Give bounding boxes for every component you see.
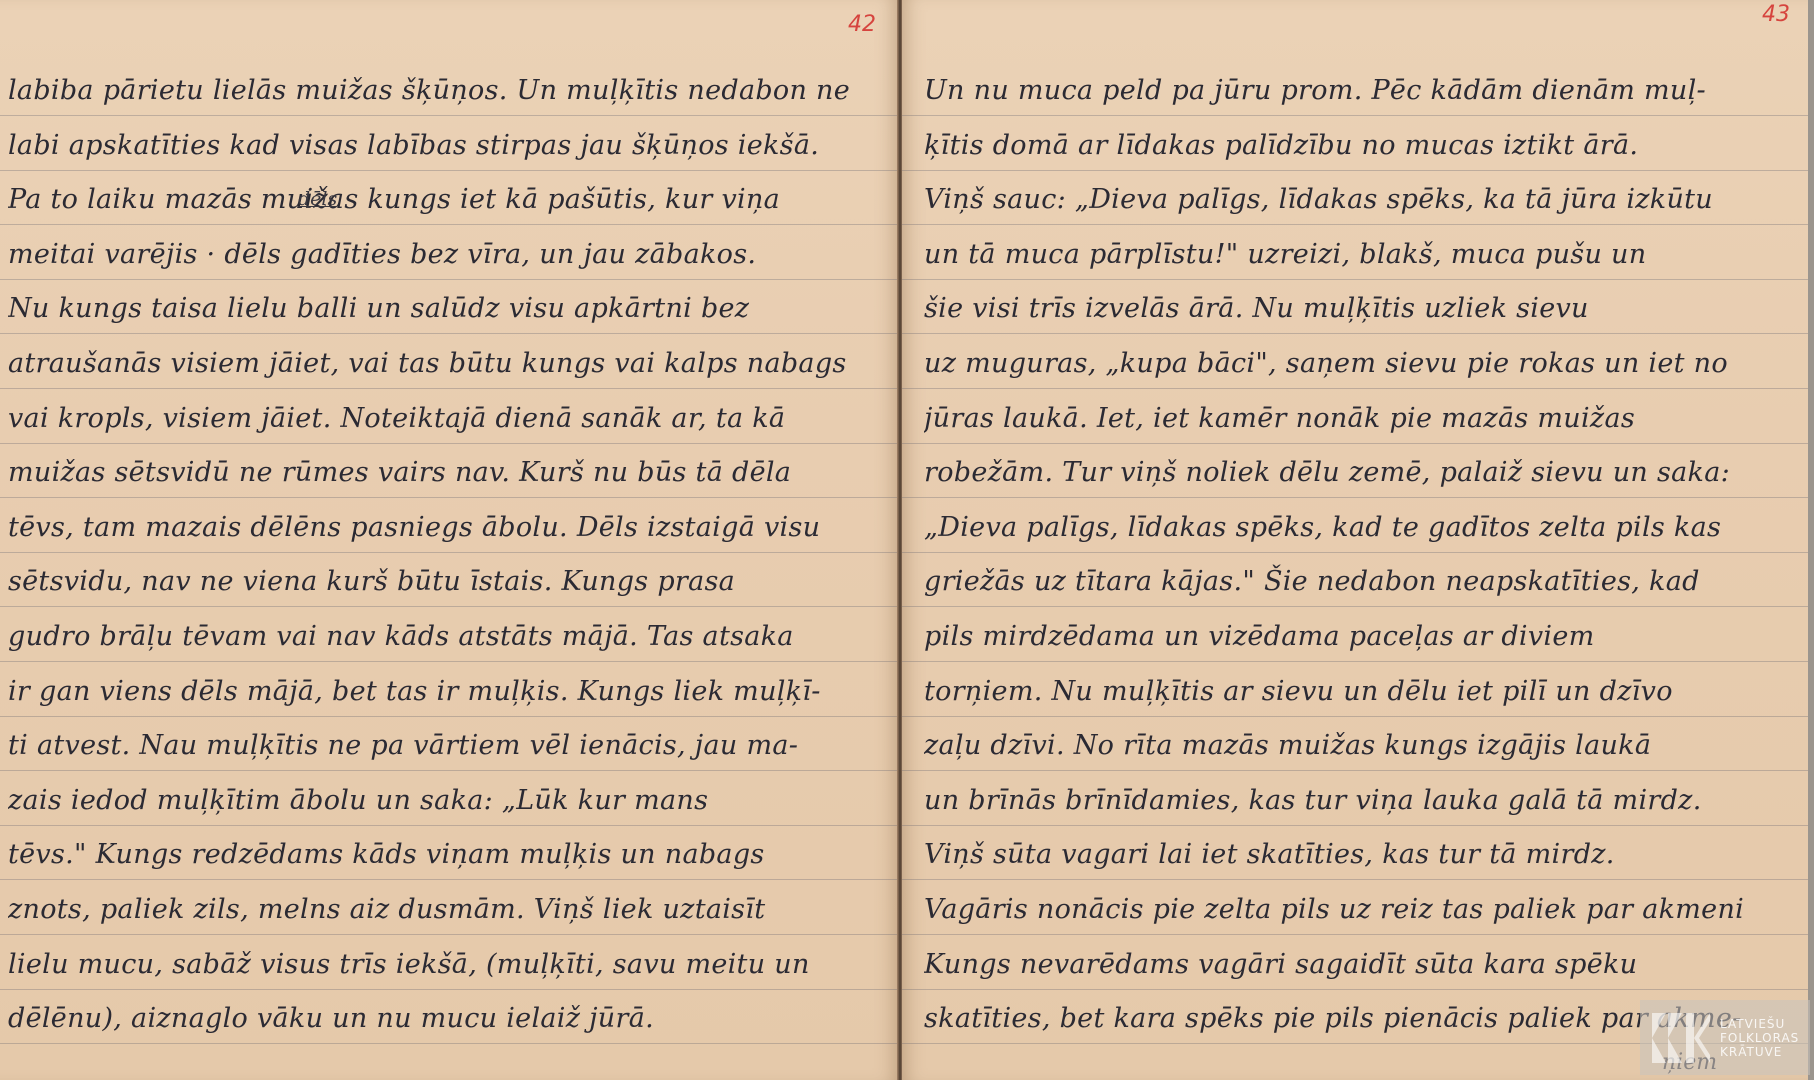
- handwritten-line: Vagāris nonācis pie zelta pils uz reiz t…: [924, 882, 1798, 937]
- handwritten-line: robežām. Tur viņš noliek dēlu zemē, pala…: [924, 445, 1798, 500]
- handwritten-line: un tā muca pārplīstu!" uzreizi, blakš, m…: [924, 227, 1798, 282]
- handwritten-line: uz muguras, „kupa bāci", saņem sievu pie…: [924, 336, 1798, 391]
- left-page: 42 labiba pārietu lielās muižas šķūņos. …: [0, 0, 898, 1080]
- handwritten-line: muižas sētsvidū ne rūmes vairs nav. Kurš…: [8, 445, 888, 500]
- handwritten-line: atraušanās visiem jāiet, vai tas būtu ku…: [8, 336, 888, 391]
- watermark-line: LATVIEŠU: [1720, 1017, 1799, 1031]
- handwritten-line: torņiem. Nu muļķītis ar sievu un dēlu ie…: [924, 664, 1798, 719]
- handwritten-line: Viņš sūta vagari lai iet skatīties, kas …: [924, 827, 1798, 882]
- handwritten-line: labiba pārietu lielās muižas šķūņos. Un …: [8, 63, 888, 118]
- handwritten-line: dēlēnu), aiznaglo vāku un nu mucu ielaiž…: [8, 991, 888, 1046]
- page-number-right: 43: [1762, 2, 1790, 27]
- handwritten-line: Kungs nevarēdams vagāri sagaidīt sūta ka…: [924, 937, 1798, 992]
- page-number-left: 42: [848, 12, 876, 37]
- handwritten-line: Nu kungs taisa lielu balli un salūdz vis…: [8, 281, 888, 336]
- handwritten-line: tēvs, tam mazais dēlēns pasniegs ābolu. …: [8, 500, 888, 555]
- handwritten-line: ti atvest. Nau muļķītis ne pa vārtiem vē…: [8, 718, 888, 773]
- watermark-text: LATVIEŠU FOLKLORAS KRĀTUVE: [1720, 1017, 1799, 1059]
- archive-watermark: LATVIEŠU FOLKLORAS KRĀTUVE: [1640, 1000, 1810, 1075]
- lfk-logo-icon: [1644, 1003, 1714, 1073]
- handwritten-line: gudro brāļu tēvam vai nav kāds atstāts m…: [8, 609, 888, 664]
- handwritten-line: vai kropls, visiem jāiet. Noteiktajā die…: [8, 391, 888, 446]
- handwritten-line: tēvs." Kungs redzēdams kāds viņam muļķis…: [8, 827, 888, 882]
- handwritten-line: Un nu muca peld pa jūru prom. Pēc kādām …: [924, 63, 1798, 118]
- handwritten-line: labi apskatīties kad visas labības stirp…: [8, 118, 888, 173]
- handwritten-line: Viņš sauc: „Dieva palīgs, līdakas spēks,…: [924, 172, 1798, 227]
- insertion-above: dēls: [298, 188, 337, 210]
- handwritten-line: Pa to laiku mazās muižas kungs iet kā pa…: [8, 172, 888, 227]
- handwritten-line: zais iedod muļķītim ābolu un saka: „Lūk …: [8, 773, 888, 828]
- page-edge: [1808, 0, 1814, 1080]
- handwritten-line: lielu mucu, sabāž visus trīs iekšā, (muļ…: [8, 937, 888, 992]
- watermark-line: FOLKLORAS: [1720, 1031, 1799, 1045]
- handwritten-line: jūras laukā. Iet, iet kamēr nonāk pie ma…: [924, 391, 1798, 446]
- handwritten-line: šie visi trīs izvelās ārā. Nu muļķītis u…: [924, 281, 1798, 336]
- handwritten-line: un brīnās brīnīdamies, kas tur viņa lauk…: [924, 773, 1798, 828]
- handwritten-line: sētsvidu, nav ne viena kurš būtu īstais.…: [8, 554, 888, 609]
- watermark-line: KRĀTUVE: [1720, 1045, 1799, 1059]
- notebook-spread: 42 labiba pārietu lielās muižas šķūņos. …: [0, 0, 1814, 1080]
- handwritten-line: ķītis domā ar līdakas palīdzību no mucas…: [924, 118, 1798, 173]
- right-page: 43 Un nu muca peld pa jūru prom. Pēc kād…: [902, 0, 1808, 1080]
- handwritten-line: griežās uz tītara kājas." Šie nedabon ne…: [924, 554, 1798, 609]
- handwritten-line: ir gan viens dēls mājā, bet tas ir muļķi…: [8, 664, 888, 719]
- handwritten-line: zaļu dzīvi. No rīta mazās muižas kungs i…: [924, 718, 1798, 773]
- handwritten-line: „Dieva palīgs, līdakas spēks, kad te gad…: [924, 500, 1798, 555]
- handwritten-line: znots, paliek zils, melns aiz dusmām. Vi…: [8, 882, 888, 937]
- handwritten-line: pils mirdzēdama un vizēdama paceļas ar d…: [924, 609, 1798, 664]
- handwritten-line: meitai varējis · dēls gadīties bez vīra,…: [8, 227, 888, 282]
